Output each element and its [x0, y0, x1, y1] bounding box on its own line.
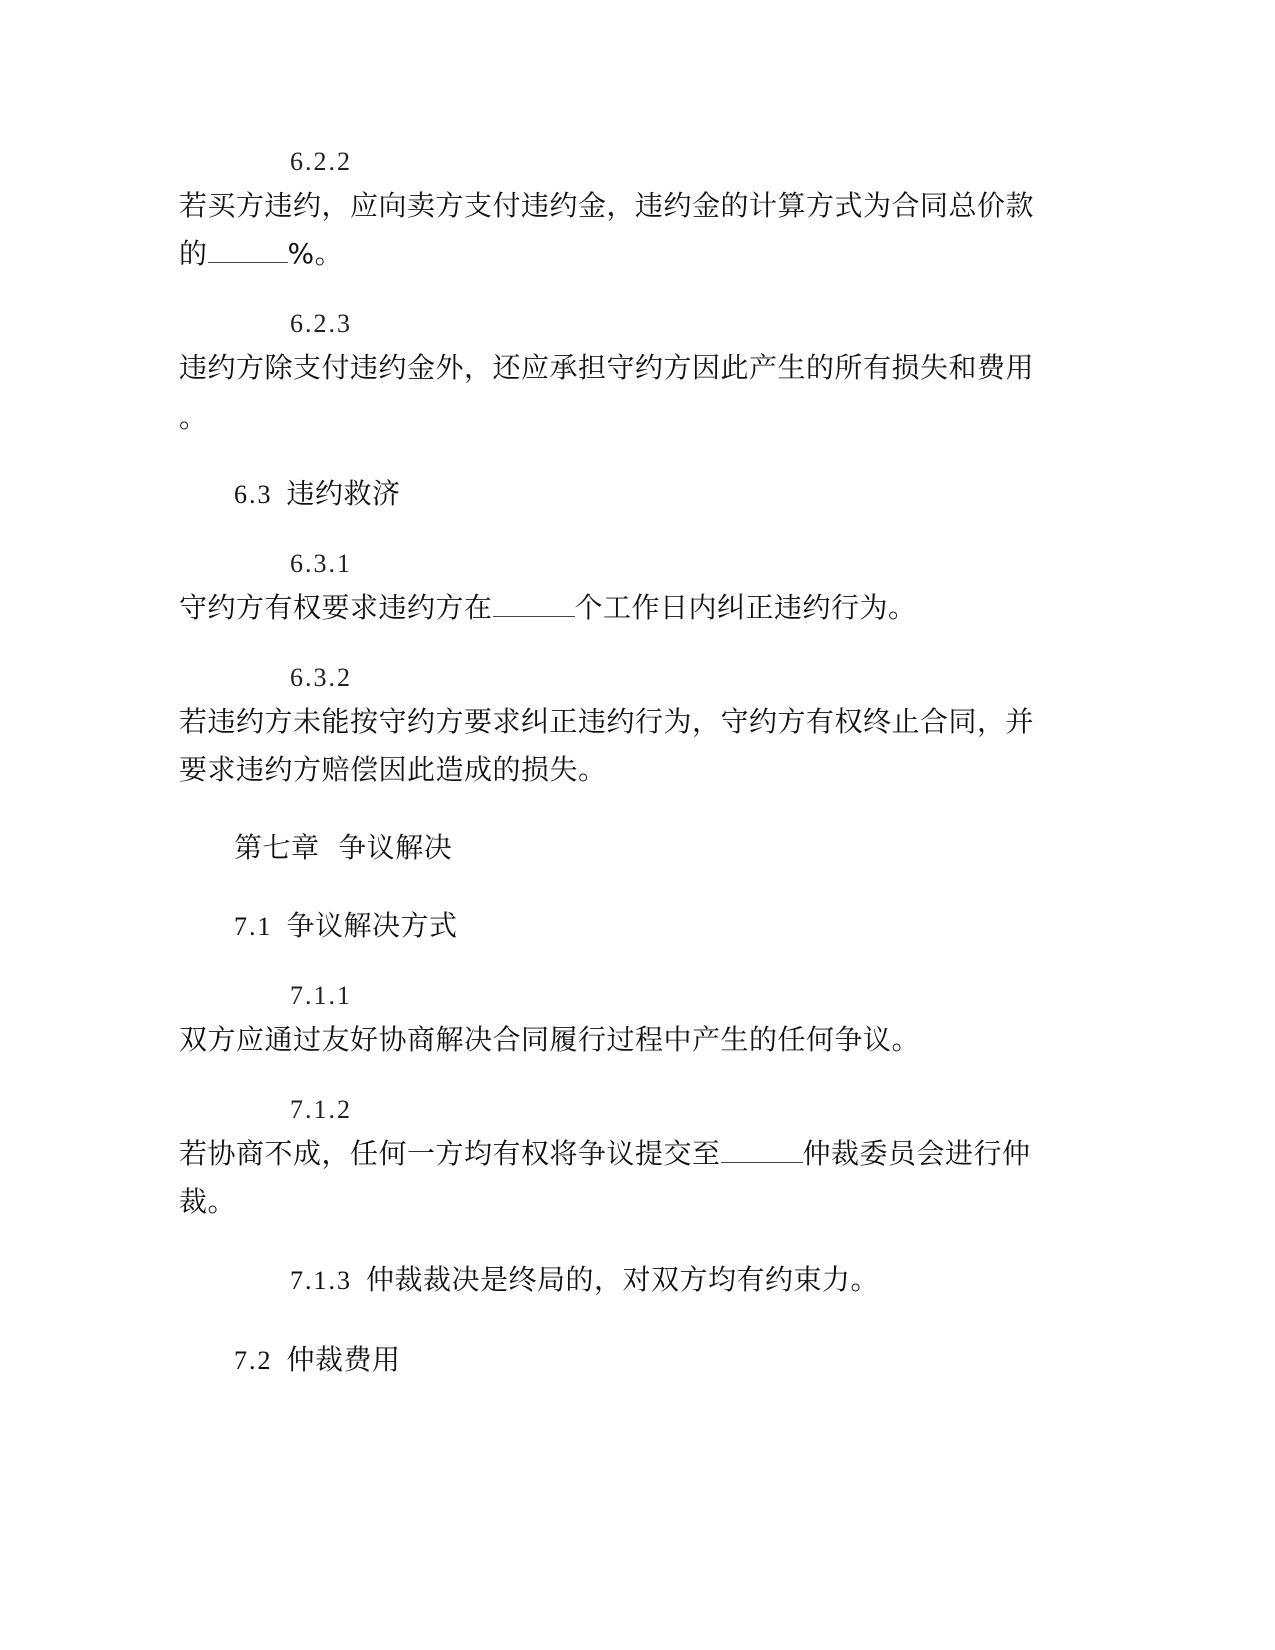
clause-text-6-2-2-prefix: 的 — [179, 237, 208, 270]
clause-text-6-2-3-line2: 。 — [179, 400, 208, 436]
chapter-heading-7: 第七章 争议解决 — [234, 830, 452, 866]
section-title-7-1: 争议解决方式 — [287, 909, 458, 942]
clause-text-6-2-2-suffix: %。 — [288, 237, 344, 270]
section-heading-7-2: 7.2仲裁费用 — [234, 1342, 401, 1379]
section-heading-7-1: 7.1争议解决方式 — [234, 908, 458, 945]
clause-text-7-1-2-line2: 裁。 — [179, 1184, 236, 1220]
clause-text-7-1-2-suffix: 仲裁委员会进行仲 — [803, 1137, 1031, 1170]
clause-text-7-1-1: 双方应通过友好协商解决合同履行过程中产生的任何争议。 — [179, 1022, 920, 1058]
clause-text-6-2-3-line1: 违约方除支付违约金外，还应承担守约方因此产生的所有损失和费用 — [179, 350, 1034, 386]
clause-number-7-1-3: 7.1.3 — [290, 1266, 352, 1295]
clause-text-6-3-1: 守约方有权要求违约方在个工作日内纠正违约行为。 — [179, 590, 917, 626]
clause-number-6-2-2: 6.2.2 — [290, 144, 352, 180]
clause-text-6-2-2-line2: 的%。 — [179, 236, 343, 272]
section-heading-6-3: 6.3违约救济 — [234, 476, 401, 513]
section-number-7-2: 7.2 — [234, 1346, 273, 1375]
clause-number-7-1-1: 7.1.1 — [290, 978, 352, 1014]
clause-number-6-2-3: 6.2.3 — [290, 306, 352, 342]
clause-text-6-2-2-line1: 若买方违约，应向卖方支付违约金，违约金的计算方式为合同总价款 — [179, 188, 1034, 224]
clause-text-7-1-2-line1: 若协商不成，任何一方均有权将争议提交至仲裁委员会进行仲 — [179, 1136, 1031, 1172]
clause-text-6-3-2-line1: 若违约方未能按守约方要求纠正违约行为，守约方有权终止合同，并 — [179, 704, 1034, 740]
clause-text-7-1-2-prefix: 若协商不成，任何一方均有权将争议提交至 — [179, 1137, 721, 1170]
fill-in-blank-arbitration-commission[interactable] — [721, 1136, 803, 1163]
clause-number-6-3-1: 6.3.1 — [290, 546, 352, 582]
fill-in-blank-percent[interactable] — [208, 236, 288, 263]
clause-text-6-3-1-suffix: 个工作日内纠正违约行为。 — [575, 591, 917, 624]
clause-text-7-1-3: 仲裁裁决是终局的，对双方均有约束力。 — [366, 1263, 879, 1296]
section-number-6-3: 6.3 — [234, 480, 273, 509]
section-title-6-3: 违约救济 — [287, 477, 401, 510]
clause-text-6-3-1-prefix: 守约方有权要求违约方在 — [179, 591, 493, 624]
clause-number-6-3-2: 6.3.2 — [290, 660, 352, 696]
section-number-7-1: 7.1 — [234, 912, 273, 941]
clause-text-6-3-2-line2: 要求违约方赔偿因此造成的损失。 — [179, 752, 607, 788]
section-title-7-2: 仲裁费用 — [287, 1343, 401, 1376]
clause-7-1-3: 7.1.3仲裁裁决是终局的，对双方均有约束力。 — [290, 1262, 879, 1299]
clause-number-7-1-2: 7.1.2 — [290, 1092, 352, 1128]
fill-in-blank-working-days[interactable] — [493, 590, 575, 617]
